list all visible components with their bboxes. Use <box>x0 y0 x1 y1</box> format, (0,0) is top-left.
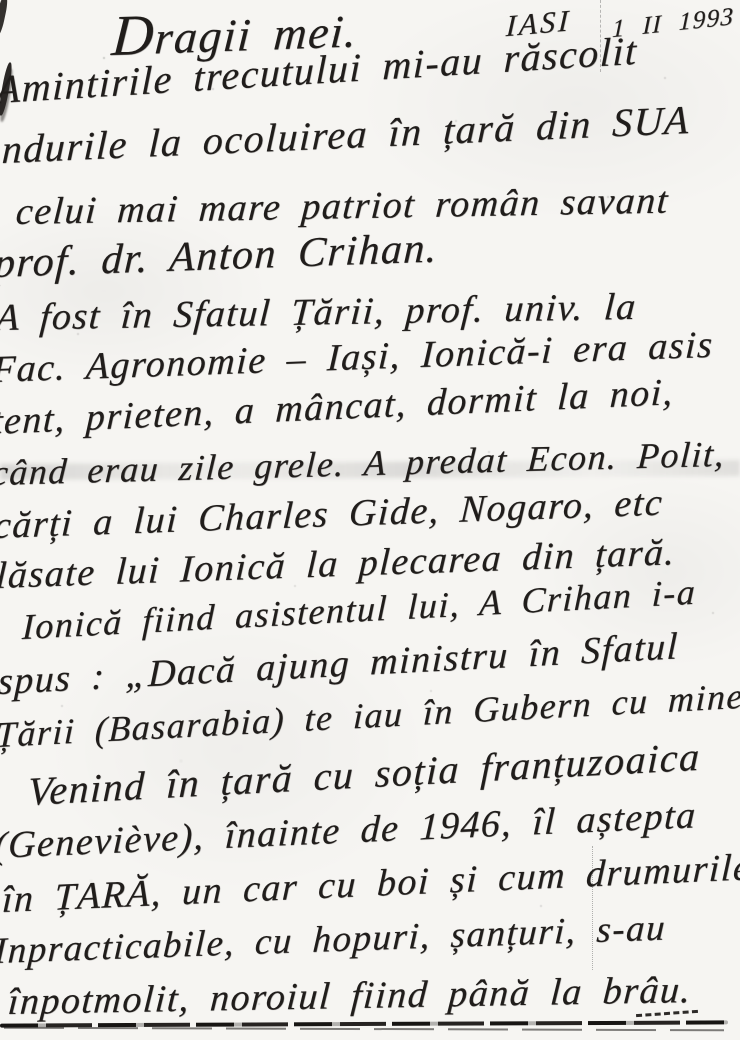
letter-line: ndurile la ocoluirea în țară din SUA <box>1 96 691 173</box>
letter-line: celui mai mare patriot român savant <box>14 179 670 234</box>
letter-line: înpotmolit, noroiul fiind până la brâu. <box>6 968 693 1024</box>
letter-line: prof. dr. Anton Crihan. <box>0 224 439 288</box>
scan-bottom-edge-faint <box>4 1027 724 1032</box>
scanned-letter-page: IASI 1 II 1993 Dragii mei. Amintirile tr… <box>0 0 740 1040</box>
scan-corner-mark <box>0 0 9 36</box>
